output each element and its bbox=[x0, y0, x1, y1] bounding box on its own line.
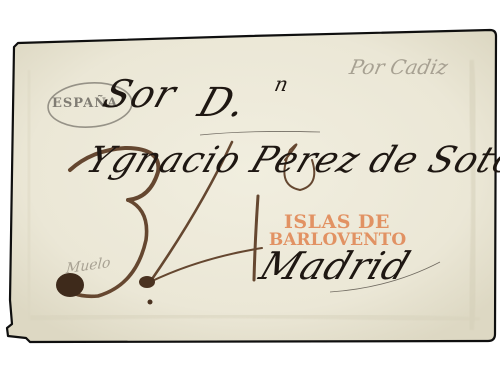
fold-shadow-left bbox=[28, 70, 30, 320]
envelope-illustration bbox=[0, 0, 500, 375]
ink-blot-left bbox=[56, 273, 84, 297]
cover-photo: ESPAÑA Sor D. n Ygnacio Perez de Soto IS… bbox=[0, 0, 500, 375]
ink-blot-mid bbox=[139, 276, 155, 288]
ink-dot bbox=[148, 300, 153, 305]
